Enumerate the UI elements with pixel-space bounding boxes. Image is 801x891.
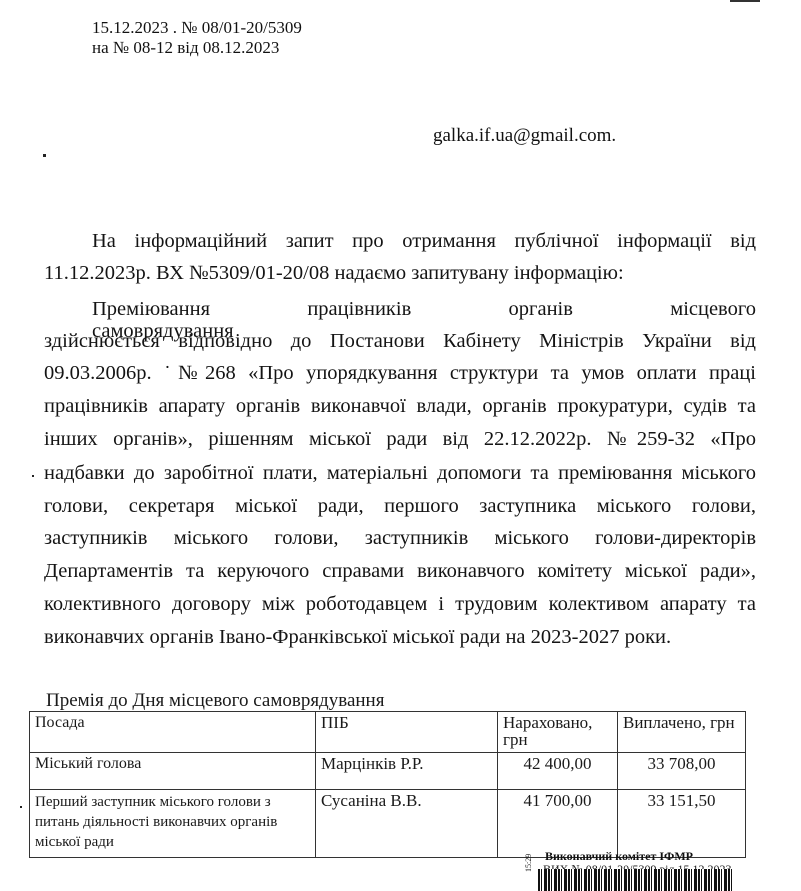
cell-position: Перший заступник міського голови з питан… <box>30 790 316 858</box>
paragraph-2-line: інших органів», рішенням міської ради ві… <box>44 428 756 450</box>
registration-time: 15:29 <box>524 854 533 872</box>
cell-position: Міський голова <box>30 753 316 790</box>
paragraph-1-line: На інформаційний запит про отримання пуб… <box>92 230 756 252</box>
table-row: Міський голова Марцінків Р.Р. 42 400,00 … <box>30 753 746 790</box>
barcode <box>538 869 734 891</box>
cell-name: Сусаніна В.В. <box>316 790 498 858</box>
outgoing-number: 15.12.2023 . № 08/01-20/5309 <box>92 18 302 37</box>
cell-accrued: 41 700,00 <box>498 790 618 858</box>
cell-name: Марцінків Р.Р. <box>316 753 498 790</box>
paragraph-2-line: надбавки до заробітної плати, матеріальн… <box>44 462 756 484</box>
scan-speck <box>43 154 46 157</box>
scan-speck <box>32 475 34 477</box>
cell-accrued: 42 400,00 <box>498 753 618 790</box>
table-row: Перший заступник міського голови з питан… <box>30 790 746 858</box>
header-position: Посада <box>30 712 316 753</box>
header-paid: Виплачено, грн <box>618 712 746 753</box>
paragraph-1-line: 11.12.2023р. ВХ №5309/01-20/08 надаємо з… <box>44 262 624 284</box>
scan-edge-mark <box>730 0 760 2</box>
recipient-email: galka.if.ua@gmail.com. <box>433 125 616 147</box>
paragraph-2-line: 09.03.2006р. ˙№268 «Про упорядкування ст… <box>44 362 756 384</box>
paragraph-2-line: заступників міського голови, заступників… <box>44 527 756 549</box>
table-caption: Премія до Дня місцевого самоврядування <box>46 690 384 712</box>
paragraph-2-line: працівників апарату органів виконавчої в… <box>44 395 756 417</box>
paragraph-2-line: голови, секретаря міської ради, першого … <box>44 495 756 517</box>
reply-reference: на № 08-12 від 08.12.2023 <box>92 38 279 57</box>
paragraph-2-line: виконавчих органів Івано-Франківської мі… <box>44 626 671 648</box>
cell-paid: 33 708,00 <box>618 753 746 790</box>
paragraph-2-line: Департаментів та керуючого справами вико… <box>44 560 756 582</box>
header-accrued: Нараховано, грн <box>498 712 618 753</box>
paragraph-2-line: колективного договору між роботодавцем і… <box>44 593 756 615</box>
bonus-table: Посада ПІБ Нараховано, грн Виплачено, гр… <box>29 711 746 858</box>
header-name: ПІБ <box>316 712 498 753</box>
paragraph-2-line: здійснюється відповідно до Постанови Каб… <box>44 330 756 352</box>
table-header-row: Посада ПІБ Нараховано, грн Виплачено, гр… <box>30 712 746 753</box>
cell-paid: 33 151,50 <box>618 790 746 858</box>
scan-speck <box>20 806 22 808</box>
